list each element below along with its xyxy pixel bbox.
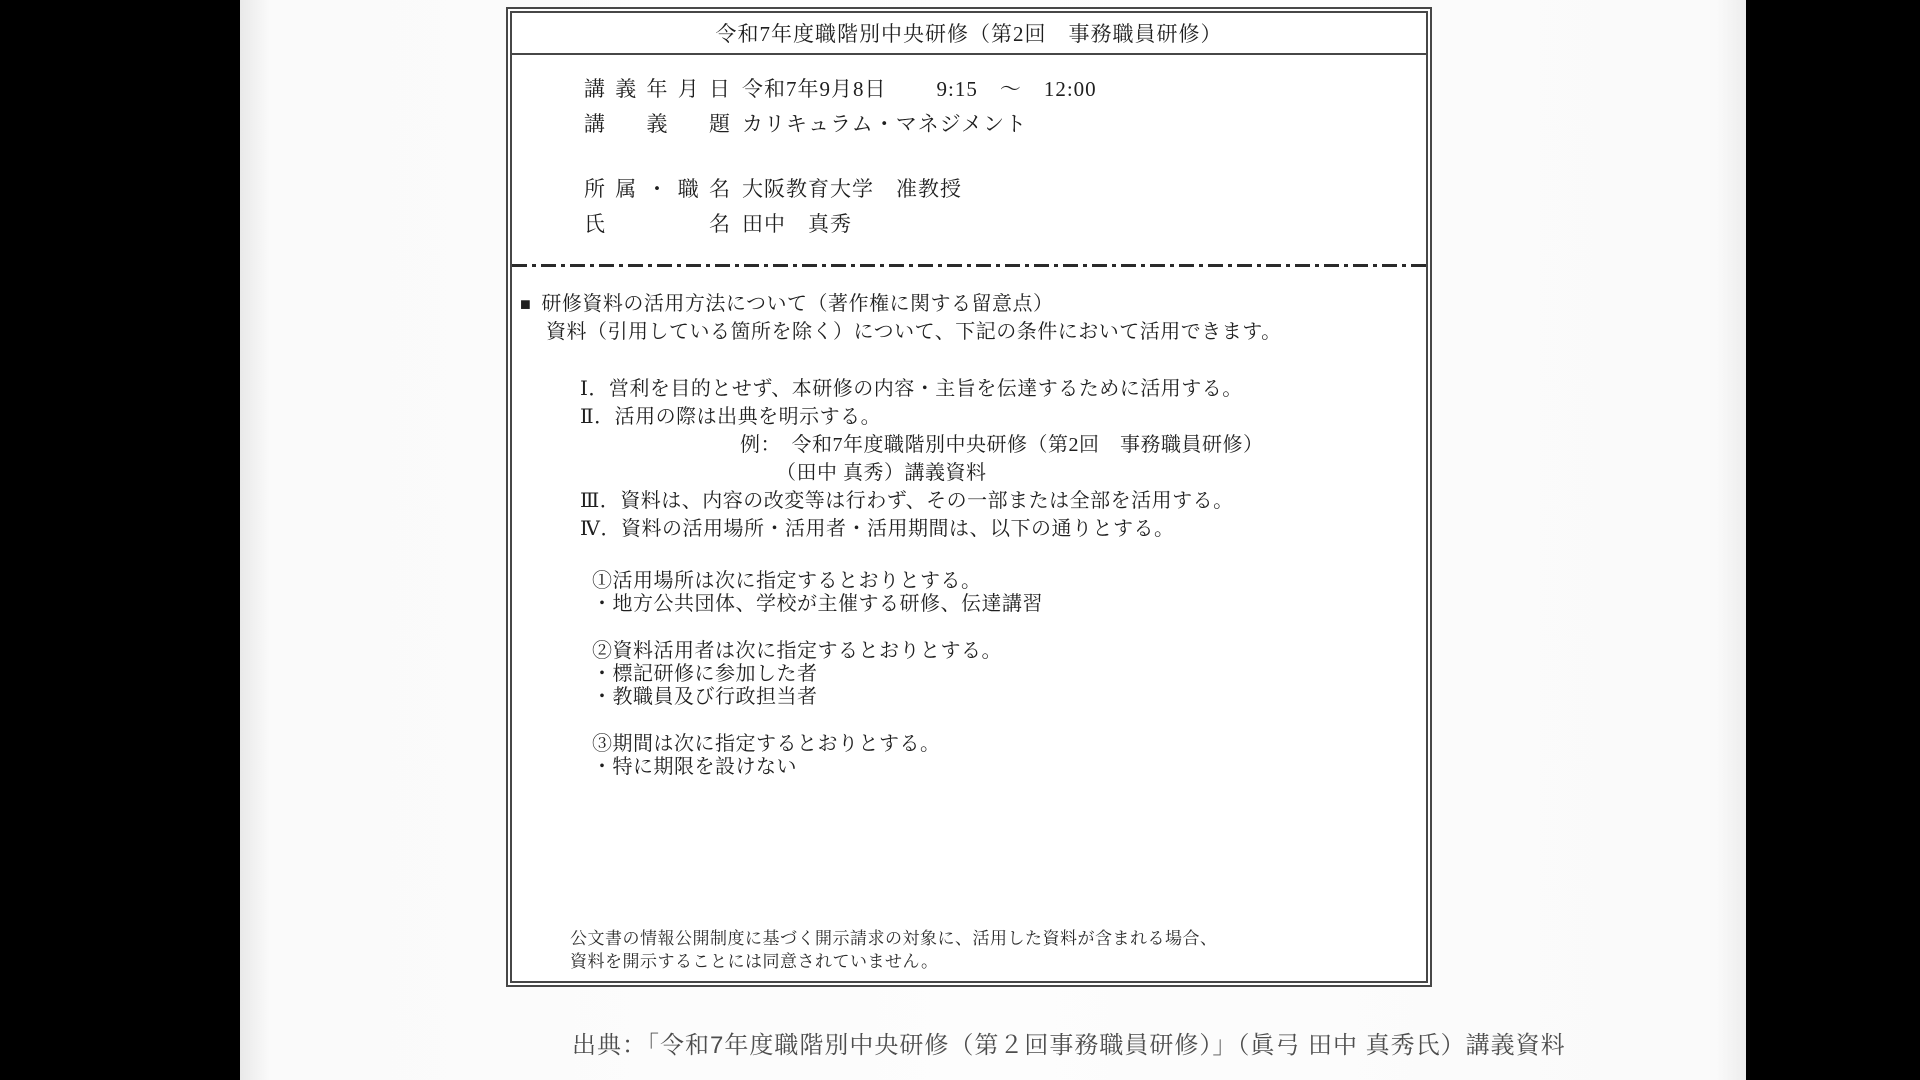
condition-1-heading: ①活用場所は次に指定するとおりとする。 <box>512 570 1426 593</box>
screen: 令和7年度職階別中央研修（第2回 事務職員研修） 講義年月日 令和7年9月8日 … <box>0 0 1920 1080</box>
left-black-bar <box>0 0 240 1080</box>
affiliation-row: 所属・職名 大阪教育大学 准教授 <box>584 170 1426 205</box>
spacer <box>512 709 1426 733</box>
disclosure-note: 公文書の情報公開制度に基づく開示請求の対象に、活用した資料が含まれる場合、 資料… <box>570 927 1218 973</box>
terms-intro-line: 資料（引用している箇所を除く）について、下記の条件において活用できます。 <box>512 318 1426 346</box>
lecture-title-row: 講義題 カリキュラム・マネジメント <box>584 105 1426 140</box>
header-spacer <box>584 140 1426 170</box>
terms-heading-text: 研修資料の活用方法について（著作権に関する留意点） <box>541 293 1053 315</box>
disclosure-note-line-1: 公文書の情報公開制度に基づく開示請求の対象に、活用した資料が含まれる場合、 <box>570 927 1218 950</box>
document-title: 令和7年度職階別中央研修（第2回 事務職員研修） <box>716 18 1223 48</box>
lecture-info-section: 講義年月日 令和7年9月8日 9:15 ～ 12:00 講義題 カリキュラム・マ… <box>512 55 1426 240</box>
document-title-row: 令和7年度職階別中央研修（第2回 事務職員研修） <box>512 13 1426 55</box>
affiliation-value: 大阪教育大学 准教授 <box>742 173 962 203</box>
lecture-title-value: カリキュラム・マネジメント <box>742 108 1027 138</box>
source-caption: 出典：「令和7年度職階別中央研修（第２回事務職員研修）」（眞弓 田中 真秀氏）講… <box>572 1028 1566 1064</box>
document-page: 令和7年度職階別中央研修（第2回 事務職員研修） 講義年月日 令和7年9月8日 … <box>240 0 1746 1080</box>
condition-1-bullet-1: ・地方公共団体、学校が主催する研修、伝達講習 <box>512 593 1426 616</box>
condition-3-bullet-1: ・特に期限を設けない <box>512 756 1426 779</box>
condition-2-bullet-1: ・標記研修に参加した者 <box>512 663 1426 686</box>
terms-item-3: Ⅲ．資料は、内容の改変等は行わず、その一部または全部を活用する。 <box>512 487 1426 515</box>
name-label: 氏名 <box>584 208 730 238</box>
terms-item-2: Ⅱ．活用の際は出典を明示する。 <box>512 403 1426 431</box>
black-square-bullet-icon: ■ <box>520 290 531 318</box>
right-black-bar <box>1746 0 1920 1080</box>
terms-item-1: Ⅰ．営利を目的とせず、本研修の内容・主旨を伝達するために活用する。 <box>512 375 1426 403</box>
lecture-title-label: 講義題 <box>584 108 730 138</box>
lecture-date-row: 講義年月日 令和7年9月8日 9:15 ～ 12:00 <box>584 70 1426 105</box>
terms-example-line-2: （田中 真秀）講義資料 <box>512 459 1426 487</box>
terms-heading-line: ■研修資料の活用方法について（著作権に関する留意点） <box>512 290 1426 318</box>
disclosure-note-line-2: 資料を開示することには同意されていません。 <box>570 950 1218 973</box>
name-value: 田中 真秀 <box>742 208 852 238</box>
affiliation-label: 所属・職名 <box>584 173 730 203</box>
lecture-time-value: 9:15 ～ 12:00 <box>937 73 1097 103</box>
spacer <box>512 543 1426 570</box>
condition-2-bullet-2: ・教職員及び行政担当者 <box>512 686 1426 709</box>
document-frame: 令和7年度職階別中央研修（第2回 事務職員研修） 講義年月日 令和7年9月8日 … <box>506 7 1432 987</box>
spacer <box>512 616 1426 640</box>
usage-terms-section: ■研修資料の活用方法について（著作権に関する留意点） 資料（引用している箇所を除… <box>512 267 1426 779</box>
lecture-date-value: 令和7年9月8日 <box>742 73 887 103</box>
terms-example-line-1: 例： 令和7年度職階別中央研修（第2回 事務職員研修） <box>512 431 1426 459</box>
terms-item-4: Ⅳ．資料の活用場所・活用者・活用期間は、以下の通りとする。 <box>512 515 1426 543</box>
condition-2-heading: ②資料活用者は次に指定するとおりとする。 <box>512 640 1426 663</box>
spacer <box>512 346 1426 375</box>
name-row: 氏名 田中 真秀 <box>584 205 1426 240</box>
lecture-date-label: 講義年月日 <box>584 73 730 103</box>
condition-3-heading: ③期間は次に指定するとおりとする。 <box>512 733 1426 756</box>
